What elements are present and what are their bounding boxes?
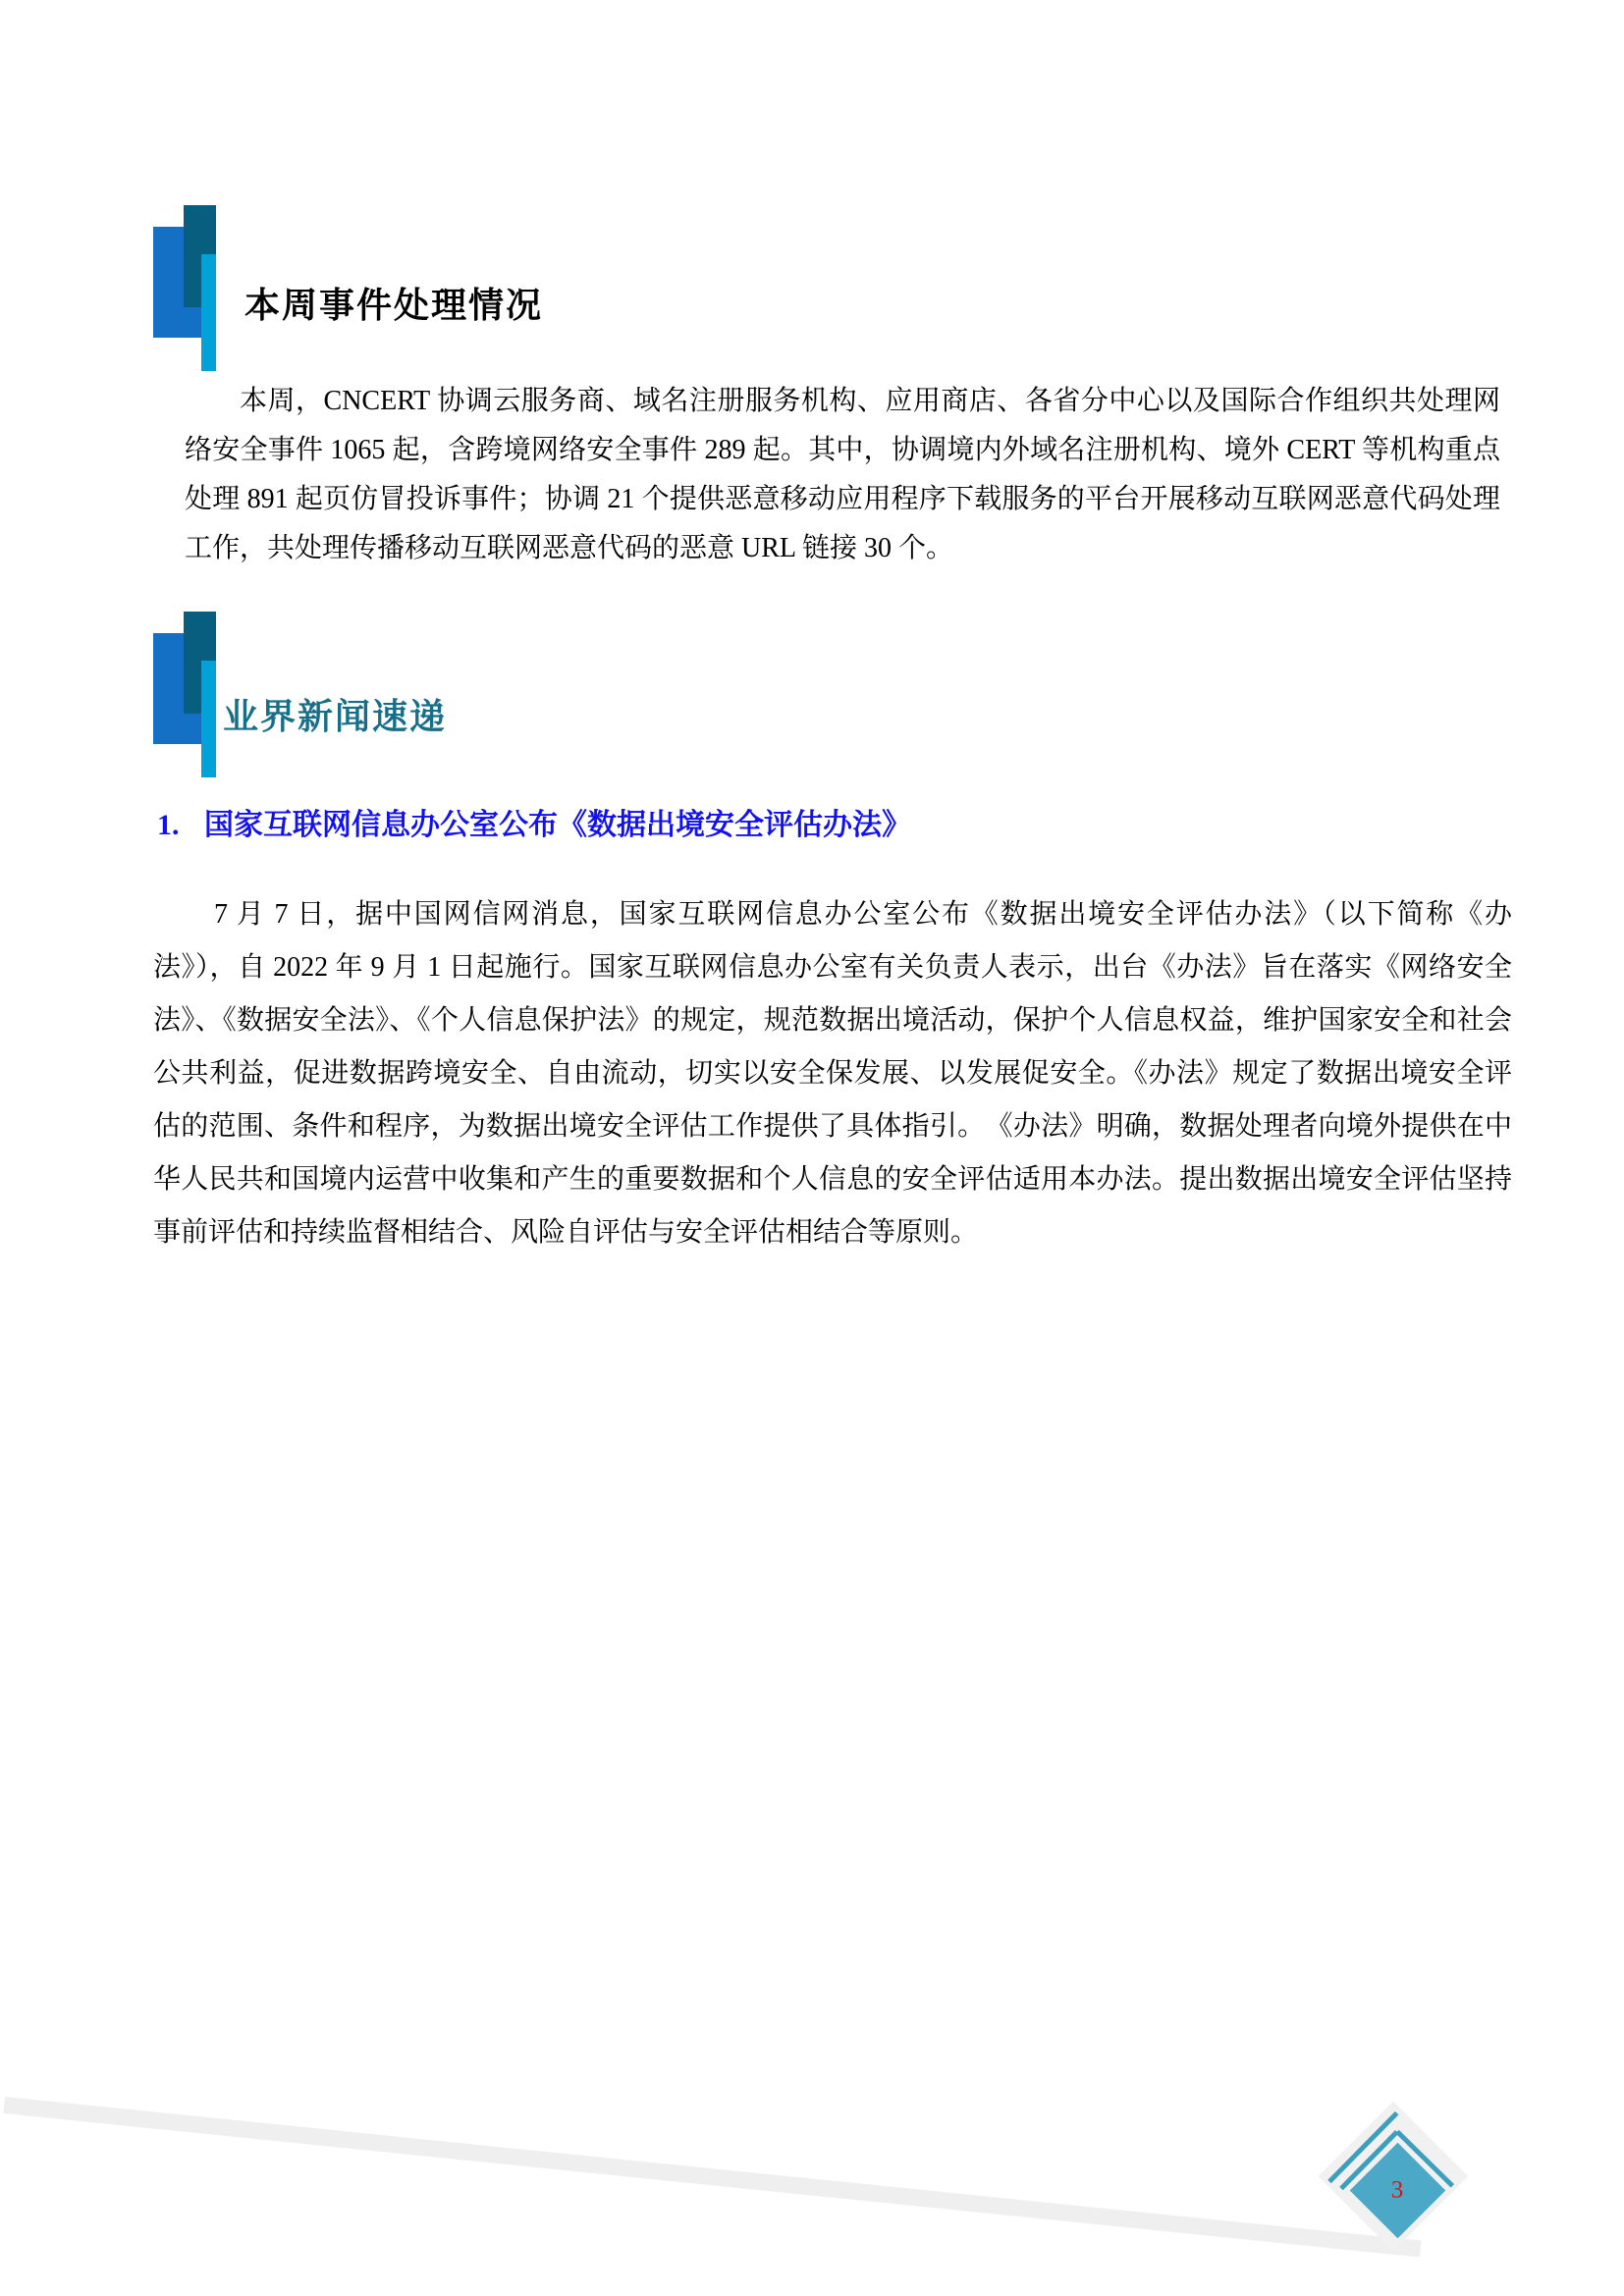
page-number: 3 — [1391, 2177, 1404, 2205]
section1-title: 本周事件处理情况 — [244, 278, 543, 328]
news-item-body: 7 月 7 日，据中国网信网消息，国家互联网信息办公室公布《数据出境安全评估办法… — [153, 888, 1512, 1259]
document-page: 本周事件处理情况 本周，CNCERT 协调云服务商、域名注册服务机构、应用商店、… — [0, 0, 1624, 2296]
section2-title: 业界新闻速递 — [223, 689, 447, 739]
marker-cyan-rect-icon — [201, 254, 216, 371]
section1-paragraph: 本周，CNCERT 协调云服务商、域名注册服务机构、应用商店、各省分中心以及国际… — [185, 377, 1500, 573]
news-item-number: 1. — [157, 809, 204, 842]
news-item-heading: 1.国家互联网信息办公室公布《数据出境安全评估办法》 — [157, 800, 1532, 843]
news-item-title: 国家互联网信息办公室公布《数据出境安全评估办法》 — [204, 809, 911, 841]
marker-cyan-rect-icon — [201, 661, 216, 777]
footer-diagonal-band — [3, 2097, 1421, 2257]
